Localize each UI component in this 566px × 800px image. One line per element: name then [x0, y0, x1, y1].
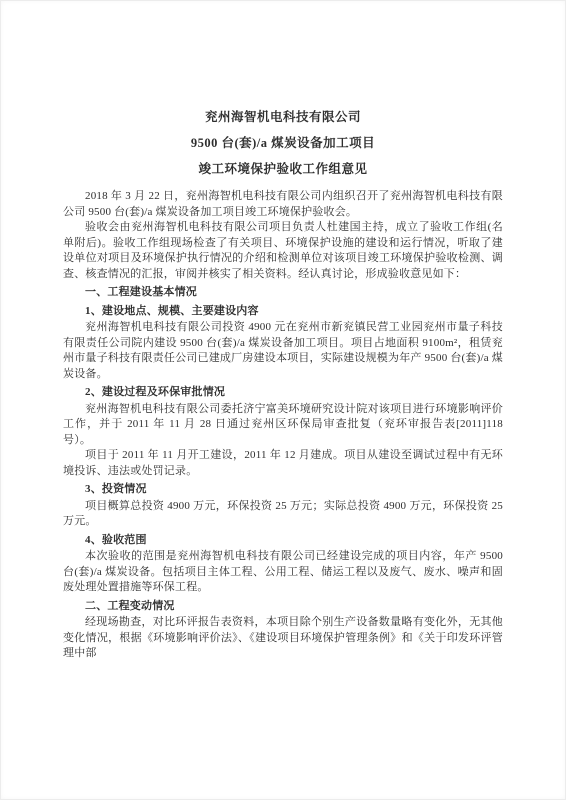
- paragraph: 兖州海智机电科技有限公司投资 4900 元在兖州市新兖镇民营工业园兖州市量子科技…: [63, 320, 503, 382]
- title-line-company: 兖州海智机电科技有限公司: [63, 104, 503, 130]
- paragraph: 兖州海智机电科技有限公司委托济宁富美环境研究设计院对该项目进行环境影响评价工作，…: [63, 402, 503, 449]
- document-title: 兖州海智机电科技有限公司 9500 台(套)/a 煤炭设备加工项目 竣工环境保护…: [63, 104, 503, 182]
- section-heading: 3、投资情况: [63, 482, 503, 498]
- paragraph: 项目概算总投资 4900 万元，环保投资 25 万元；实际总投资 4900 万元…: [63, 499, 503, 530]
- section-heading: 二、工程变动情况: [63, 599, 503, 615]
- paragraph: 2018 年 3 月 22 日，兖州海智机电科技有限公司内组织召开了兖州海智机电…: [63, 189, 503, 220]
- paragraph: 本次验收的范围是兖州海智机电科技有限公司已经建设完成的项目内容，年产 9500 …: [63, 549, 503, 596]
- document-body: 2018 年 3 月 22 日，兖州海智机电科技有限公司内组织召开了兖州海智机电…: [63, 189, 503, 662]
- section-heading: 2、建设过程及环保审批情况: [63, 385, 503, 401]
- paragraph: 经现场勘查，对比环评报告表资料，本项目除个别生产设备数量略有变化外，无其他变化情…: [63, 615, 503, 662]
- section-heading: 4、验收范围: [63, 533, 503, 549]
- section-heading: 1、建设地点、规模、主要建设内容: [63, 304, 503, 320]
- section-heading: 一、工程建设基本情况: [63, 285, 503, 301]
- paragraph: 验收会由兖州海智机电科技有限公司项目负责人杜建国主持，成立了验收工作组(名单附后…: [63, 220, 503, 282]
- document-page: 兖州海智机电科技有限公司 9500 台(套)/a 煤炭设备加工项目 竣工环境保护…: [0, 0, 566, 800]
- paragraph: 项目于 2011 年 11 月开工建设，2011 年 12 月建成。项目从建设至…: [63, 448, 503, 479]
- title-line-project: 9500 台(套)/a 煤炭设备加工项目: [63, 130, 503, 156]
- title-line-subject: 竣工环境保护验收工作组意见: [63, 156, 503, 182]
